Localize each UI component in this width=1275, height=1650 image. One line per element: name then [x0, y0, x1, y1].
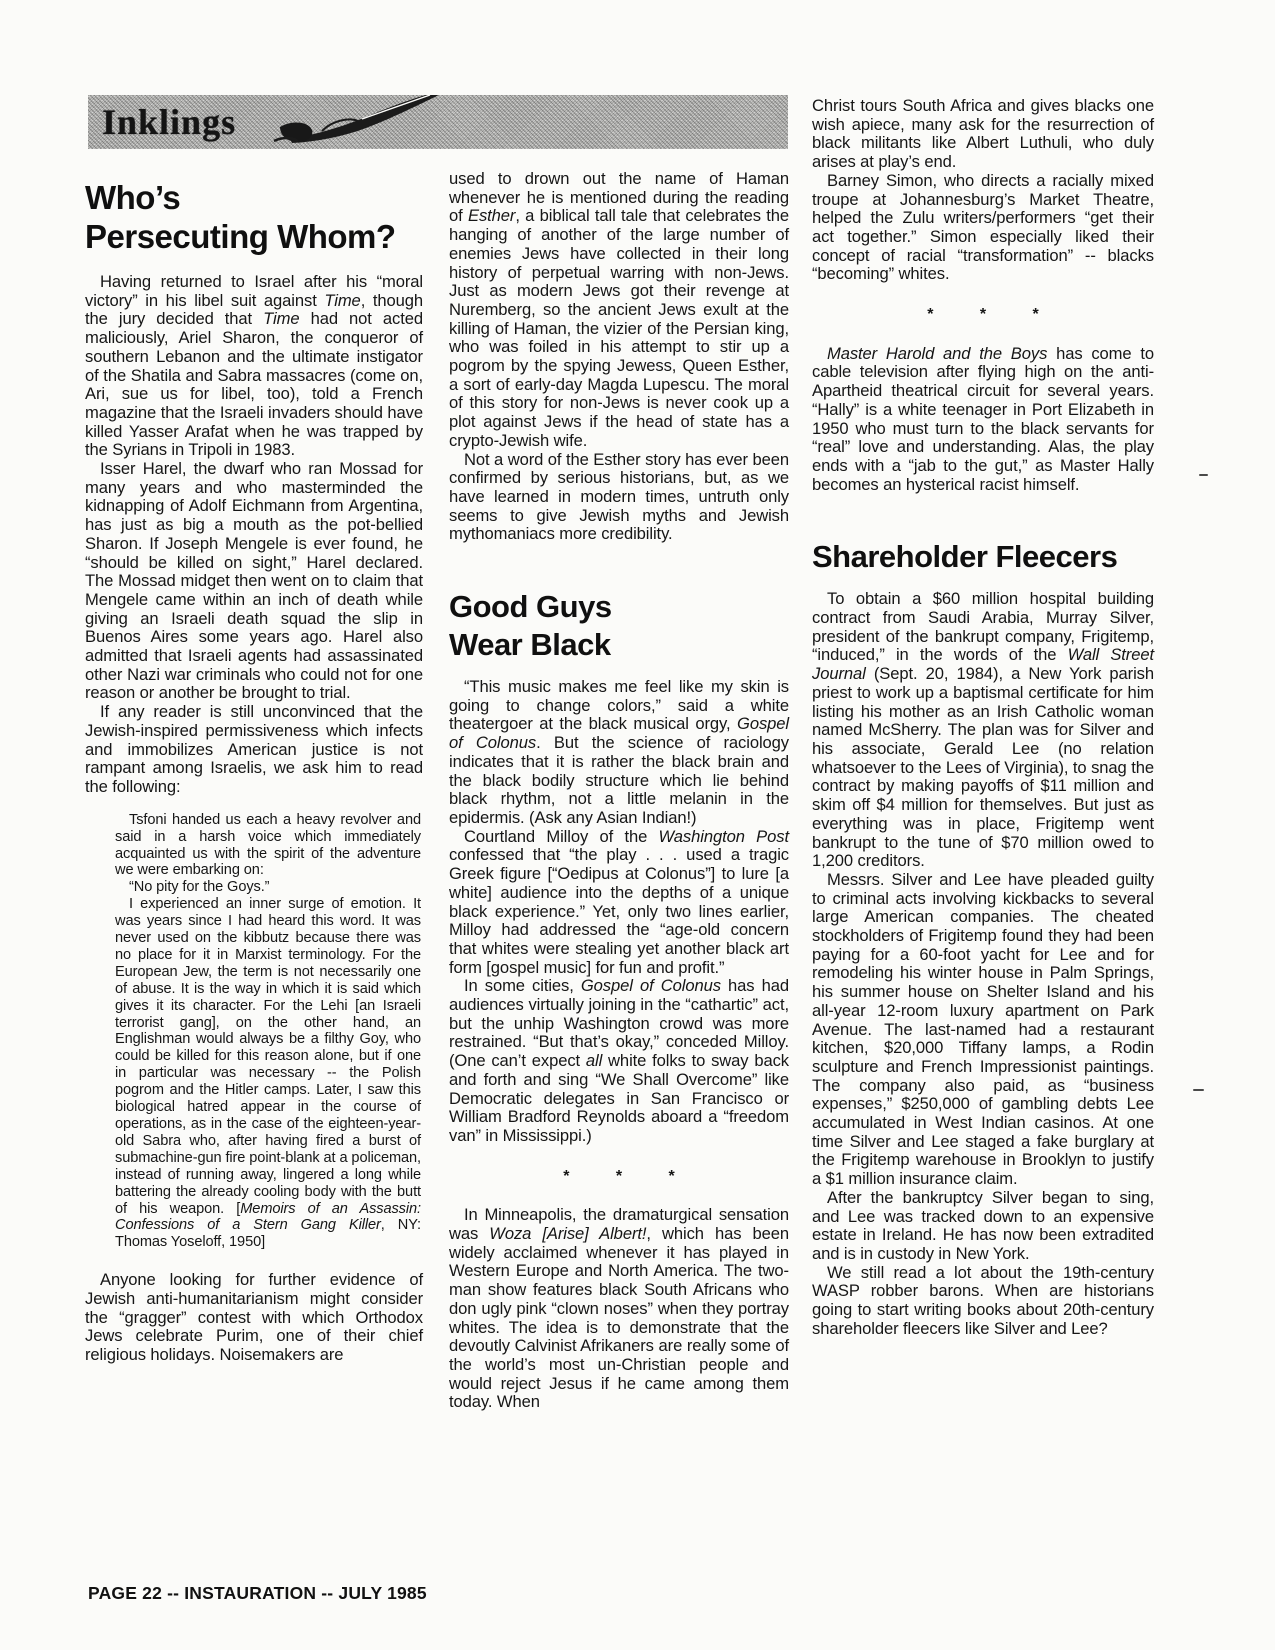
scan-artifact-dash — [1193, 1089, 1204, 1091]
article-paragraph: After the bankruptcy Silver began to sin… — [812, 1189, 1154, 1264]
banner-title: Inklings — [102, 101, 236, 143]
article-paragraph: Christ tours South Africa and gives blac… — [812, 97, 1154, 172]
quote-paragraph: “No pity for the Goys.” — [115, 879, 421, 896]
article-paragraph: Courtland Milloy of the Washington Post … — [449, 828, 789, 978]
article-paragraph: Barney Simon, who directs a racially mix… — [812, 172, 1154, 284]
block-quote: Tsfoni handed us each a heavy revolver a… — [115, 812, 421, 1252]
inklings-banner: Inklings — [88, 95, 788, 149]
article-paragraph: Messrs. Silver and Lee have pleaded guil… — [812, 871, 1154, 1189]
article-paragraph: Not a word of the Esther story has ever … — [449, 451, 789, 545]
headline-whos-persecuting-whom: Who’s Persecuting Whom? — [85, 178, 423, 256]
article-paragraph: In some cities, Gospel of Colonus has ha… — [449, 977, 789, 1145]
headline-shareholder-fleecers: Shareholder Fleecers — [812, 538, 1154, 576]
scan-artifact-dash — [1199, 474, 1208, 476]
quote-paragraph: I experienced an inner surge of emotion.… — [115, 896, 421, 1251]
article-paragraph: To obtain a $60 million hospital buildin… — [812, 590, 1154, 871]
article-paragraph: Having returned to Israel after his “mor… — [85, 273, 423, 460]
article-paragraph: used to drown out the name of Haman when… — [449, 170, 789, 451]
column-2: used to drown out the name of Haman when… — [449, 170, 789, 1412]
headline-good-guys-wear-black: Good Guys Wear Black — [449, 588, 789, 664]
star-separator: * * * — [449, 1168, 789, 1187]
article-paragraph: We still read a lot about the 19th-centu… — [812, 1264, 1154, 1339]
page-footer: PAGE 22 -- INSTAURATION -- JULY 1985 — [88, 1583, 427, 1604]
article-paragraph: Anyone looking for further evidence of J… — [85, 1271, 423, 1365]
article-paragraph: Master Harold and the Boys has come to c… — [812, 345, 1154, 495]
article-paragraph: In Minneapolis, the dramaturgical sensat… — [449, 1206, 789, 1412]
column-1: Who’s Persecuting Whom? Having returned … — [85, 178, 423, 1365]
column-3: Christ tours South Africa and gives blac… — [812, 97, 1154, 1338]
magazine-page: Inklings Who’s Persecuting Whom? Having … — [0, 0, 1275, 1650]
article-paragraph: Isser Harel, the dwarf who ran Mossad fo… — [85, 460, 423, 703]
quill-pen-icon — [262, 95, 452, 147]
quote-paragraph: Tsfoni handed us each a heavy revolver a… — [115, 812, 421, 880]
article-paragraph: If any reader is still unconvinced that … — [85, 703, 423, 797]
star-separator: * * * — [812, 306, 1154, 325]
article-paragraph: “This music makes me feel like my skin i… — [449, 678, 789, 828]
